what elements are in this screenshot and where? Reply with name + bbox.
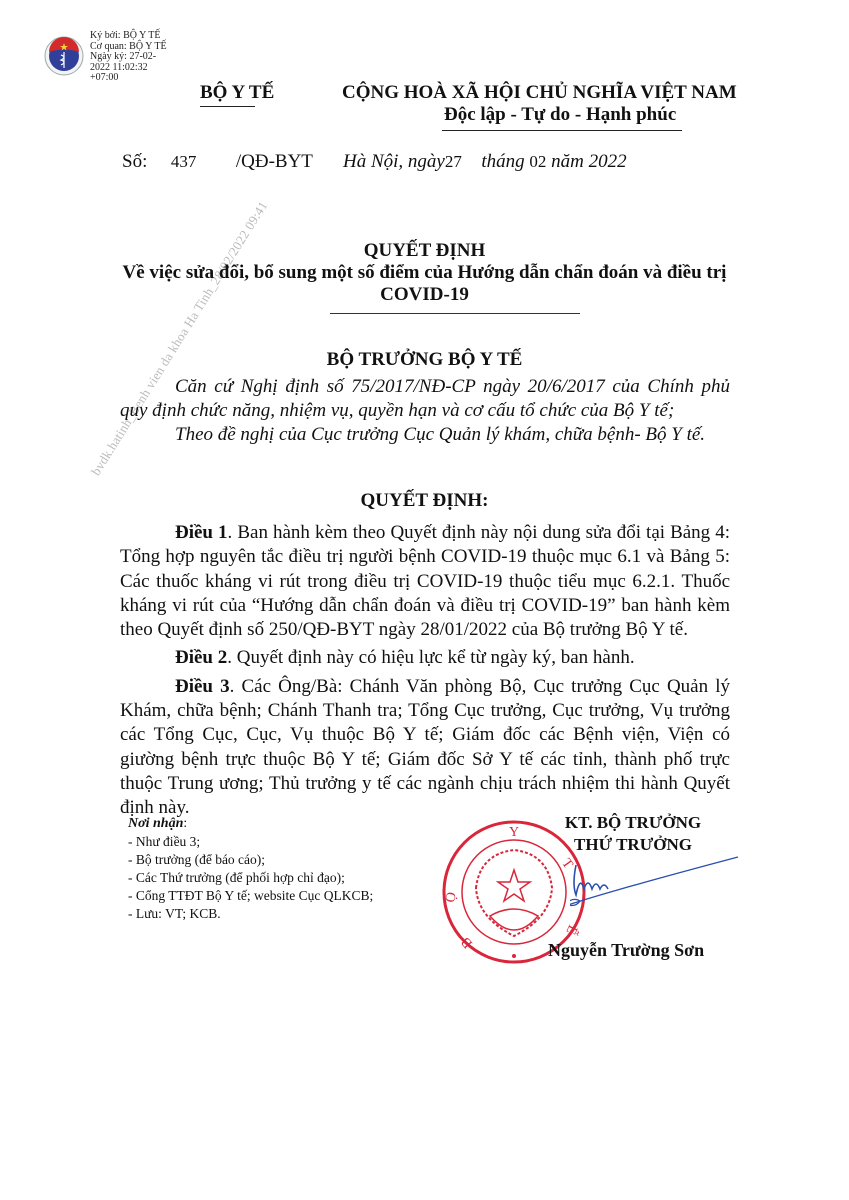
signature-title: KT. BỘ TRƯỞNG THỨ TRƯỞNG bbox=[548, 812, 718, 856]
legal-basis: Căn cứ Nghị định số 75/2017/NĐ-CP ngày 2… bbox=[120, 375, 730, 447]
issue-date: Hà Nội, ngày27 tháng 02 năm 2022 bbox=[343, 151, 627, 173]
document-number: Số: 437 /QĐ-BYT bbox=[122, 151, 313, 173]
decision-heading: QUYẾT ĐỊNH: bbox=[0, 490, 849, 512]
article-label: Điều 3 bbox=[175, 676, 230, 697]
signed-by: Ký bởi: BỘ Y TẾ bbox=[90, 31, 210, 42]
article-1: Điều 1. Ban hành kèm theo Quyết định này… bbox=[120, 521, 730, 642]
document-subtitle: Về việc sửa đổi, bổ sung một số điểm của… bbox=[0, 262, 849, 306]
signature-title-line1: KT. BỘ TRƯỞNG bbox=[548, 812, 718, 834]
national-motto: Độc lập - Tự do - Hạnh phúc bbox=[444, 104, 676, 126]
signer-name: Nguyễn Trường Sơn bbox=[548, 940, 704, 961]
document-type-title: QUYẾT ĐỊNH bbox=[0, 240, 849, 262]
article-3: Điều 3. Các Ông/Bà: Chánh Văn phòng Bộ, … bbox=[120, 675, 730, 821]
digital-signature-info: Ký bởi: BỘ Y TẾ Cơ quan: BỘ Y TẾ Ngày ký… bbox=[90, 31, 210, 84]
recipients-list: Nơi nhận: - Như điều 3; - Bộ trưởng (để … bbox=[128, 814, 373, 923]
recipient-item: - Cổng TTĐT Bộ Y tế; website Cục QLKCB; bbox=[128, 887, 373, 905]
title-underline bbox=[330, 313, 580, 314]
article-2: Điều 2. Quyết định này có hiệu lực kể từ… bbox=[120, 646, 730, 670]
article-text: . Các Ông/Bà: Chánh Văn phòng Bộ, Cục tr… bbox=[120, 676, 730, 818]
legal-basis-item: Theo đề nghị của Cục trưởng Cục Quản lý … bbox=[120, 423, 730, 447]
issuing-organization: BỘ Y TẾ bbox=[200, 82, 274, 104]
recipient-item: - Như điều 3; bbox=[128, 833, 373, 851]
ministry-logo-icon bbox=[44, 35, 84, 77]
date-year: năm 2022 bbox=[551, 151, 626, 172]
handwritten-signature-icon bbox=[570, 855, 740, 915]
recipient-item: - Các Thứ trưởng (để phối hợp chỉ đạo); bbox=[128, 869, 373, 887]
svg-text:Ế: Ế bbox=[563, 922, 582, 937]
subtitle-line1: Về việc sửa đổi, bổ sung một số điểm của… bbox=[0, 262, 849, 284]
date-prefix: Hà Nội, ngày bbox=[343, 151, 445, 172]
document-number-suffix: /QĐ-BYT bbox=[236, 151, 313, 173]
signing-date-line3: +07:00 bbox=[90, 73, 210, 84]
national-title: CỘNG HOÀ XÃ HỘI CHỦ NGHĨA VIỆT NAM bbox=[342, 82, 737, 104]
motto-underline bbox=[442, 130, 682, 131]
legal-basis-item: Căn cứ Nghị định số 75/2017/NĐ-CP ngày 2… bbox=[120, 375, 730, 423]
recipient-item: - Bộ trưởng (để báo cáo); bbox=[128, 851, 373, 869]
issuing-authority: BỘ TRƯỞNG BỘ Y TẾ bbox=[0, 349, 849, 371]
document-number-value: 437 bbox=[171, 152, 197, 172]
articles: Điều 1. Ban hành kèm theo Quyết định này… bbox=[120, 521, 730, 825]
date-month-label: tháng bbox=[481, 151, 524, 172]
signing-date-line1: Ngày ký: 27-02- bbox=[90, 52, 210, 63]
recipient-item: - Lưu: VT; KCB. bbox=[128, 905, 373, 923]
svg-text:Ộ: Ộ bbox=[441, 891, 459, 904]
signature-title-line2: THỨ TRƯỞNG bbox=[548, 834, 718, 856]
article-text: . Quyết định này có hiệu lực kể từ ngày … bbox=[227, 647, 634, 668]
organization-underline bbox=[200, 106, 255, 107]
date-day: 27 bbox=[445, 152, 462, 171]
article-label: Điều 2 bbox=[175, 647, 227, 668]
recipients-heading: Nơi nhận bbox=[128, 816, 183, 831]
document-number-label: Số: bbox=[122, 151, 147, 173]
subtitle-line2: COVID-19 bbox=[0, 284, 849, 306]
date-month: 02 bbox=[529, 152, 546, 171]
svg-text:Y: Y bbox=[509, 825, 519, 840]
article-label: Điều 1 bbox=[175, 522, 228, 543]
